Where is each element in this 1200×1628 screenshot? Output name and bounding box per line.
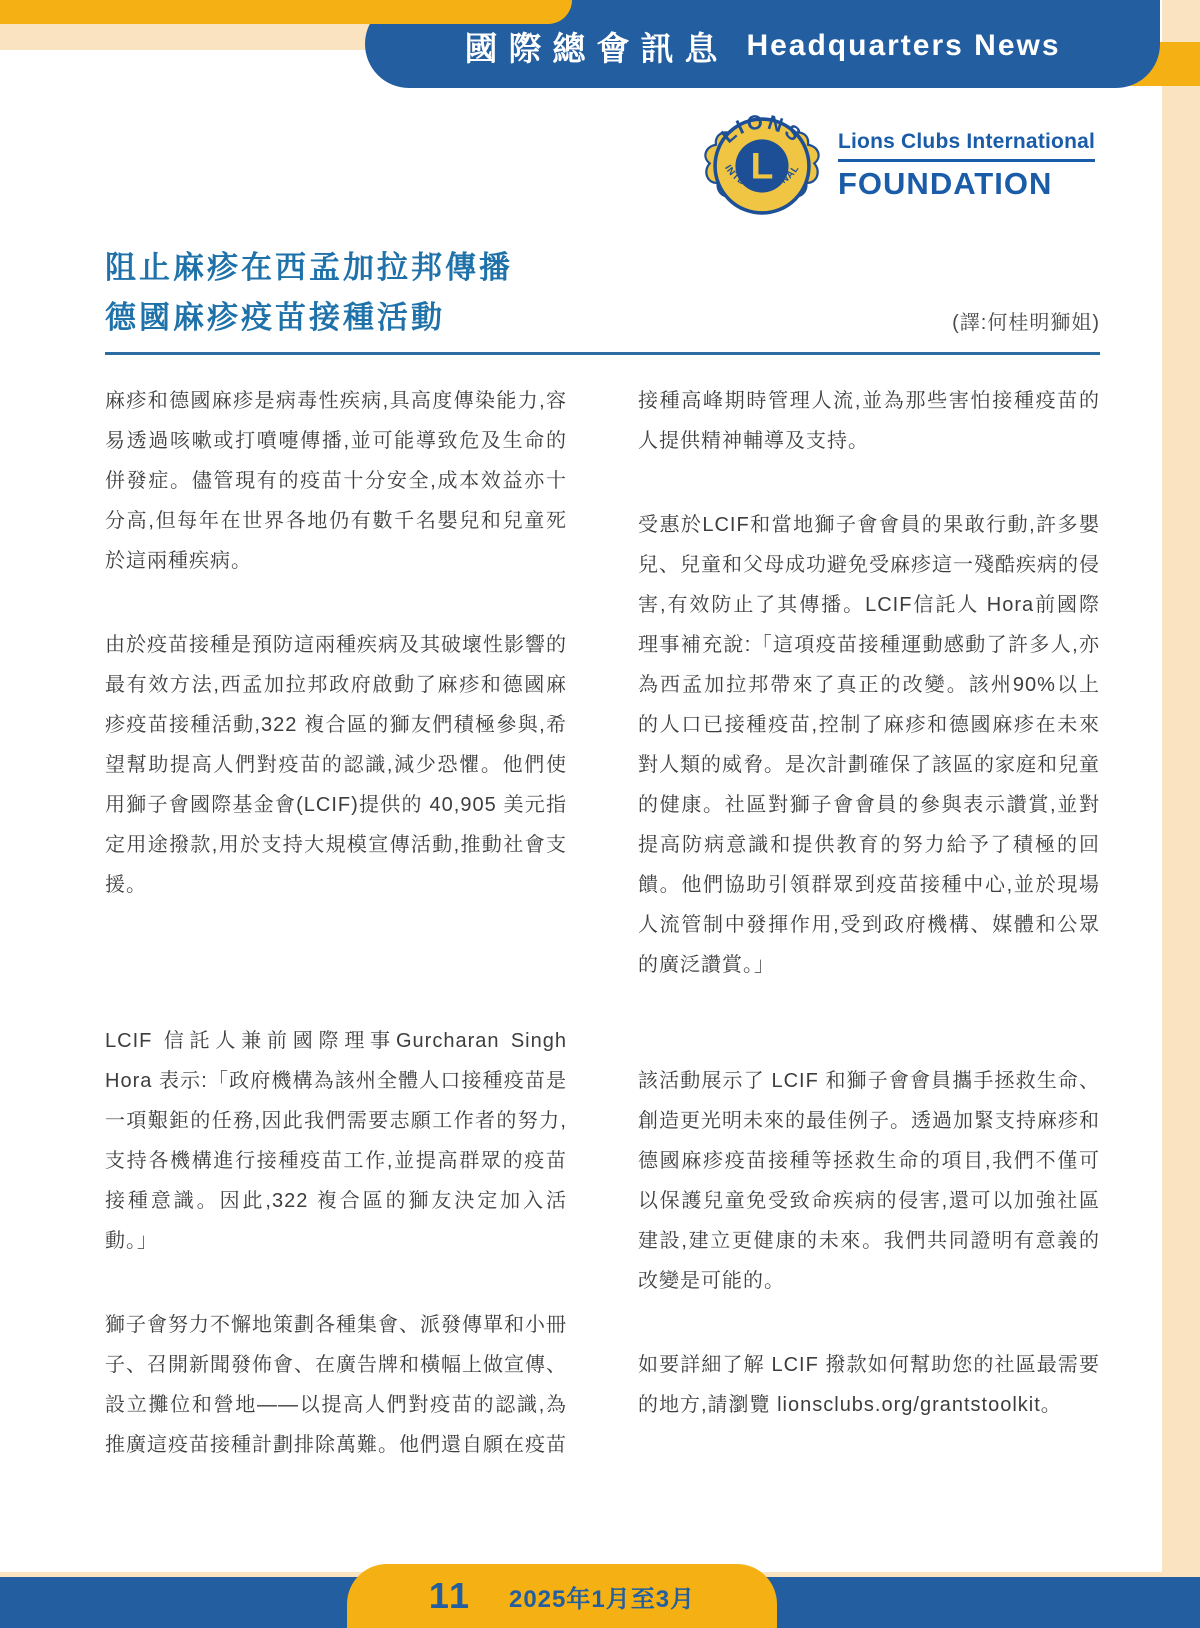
issue-period: 2025年1月至3月 [509, 1579, 695, 1614]
paragraph: 由於疫苗接種是預防這兩種疾病及其破壞性影響的最有效方法,西孟加拉邦政府啟動了麻疹… [105, 625, 567, 905]
article-title: 阻止麻疹在西孟加拉邦傳播 德國麻疹疫苗接種活動 [105, 243, 513, 343]
paragraph: 獅子會努力不懈地策劃各種集會、派發傳單和小冊子、召開新聞發佈會、在廣告牌和橫幅上… [105, 1305, 567, 1465]
lions-emblem-icon: LIONS INTERNATIONAL L [700, 104, 824, 228]
article: 阻止麻疹在西孟加拉邦傳播 德國麻疹疫苗接種活動 (譯:何桂明獅姐) 麻疹和德國麻… [105, 243, 1100, 1509]
paragraph: 受惠於LCIF和當地獅子會會員的果敢行動,許多嬰兒、兒童和父母成功避免受麻疹這一… [638, 505, 1100, 985]
foundation-wordmark: FOUNDATION [838, 166, 1095, 202]
article-title-line1: 阻止麻疹在西孟加拉邦傳播 [105, 243, 513, 293]
footer-page-pill: 11 2025年1月至3月 [347, 1564, 777, 1628]
title-divider [105, 352, 1100, 355]
left-column: 麻疹和德國麻疹是病毒性疾病,具高度傳染能力,容易透過咳嗽或打噴嚏傳播,並可能導致… [105, 381, 567, 1509]
body-columns: 麻疹和德國麻疹是病毒性疾病,具高度傳染能力,容易透過咳嗽或打噴嚏傳播,並可能導致… [105, 381, 1100, 1509]
header-yellow-accent-left [0, 0, 572, 24]
paragraph: 麻疹和德國麻疹是病毒性疾病,具高度傳染能力,容易透過咳嗽或打噴嚏傳播,並可能導致… [105, 381, 567, 581]
right-edge-strip [1162, 0, 1200, 1628]
paragraph: 如要詳細了解 LCIF 撥款如何幫助您的社區最需要的地方,請瀏覽 lionscl… [638, 1345, 1100, 1425]
header-peach-strip [0, 24, 412, 50]
newsletter-page: 國際總會訊息 Headquarters News LIONS INTERNATI… [0, 0, 1200, 1628]
translator-credit: (譯:何桂明獅姐) [952, 306, 1100, 343]
article-title-line2: 德國麻疹疫苗接種活動 [105, 293, 513, 343]
paragraph: 該活動展示了 LCIF 和獅子會會員攜手拯救生命、創造更光明未來的最佳例子。透過… [638, 1061, 1100, 1301]
header-title-en: Headquarters News [746, 29, 1060, 63]
header-title-zh: 國際總會訊息 [464, 23, 728, 70]
paragraph: LCIF 信託人兼前國際理事Gurcharan Singh Hora 表示:「政… [105, 1021, 567, 1261]
paragraph: 接種高峰期時管理人流,並為那些害怕接種疫苗的人提供精神輔導及支持。 [638, 381, 1100, 461]
foundation-name-line: Lions Clubs International [838, 130, 1095, 162]
right-column: 接種高峰期時管理人流,並為那些害怕接種疫苗的人提供精神輔導及支持。 受惠於LCI… [638, 381, 1100, 1509]
article-title-row: 阻止麻疹在西孟加拉邦傳播 德國麻疹疫苗接種活動 (譯:何桂明獅姐) [105, 243, 1100, 343]
lcif-logo-block: LIONS INTERNATIONAL L Lions Clubs Intern… [700, 104, 1095, 228]
page-number: 11 [429, 1575, 471, 1617]
emblem-center-letter: L [751, 144, 774, 186]
